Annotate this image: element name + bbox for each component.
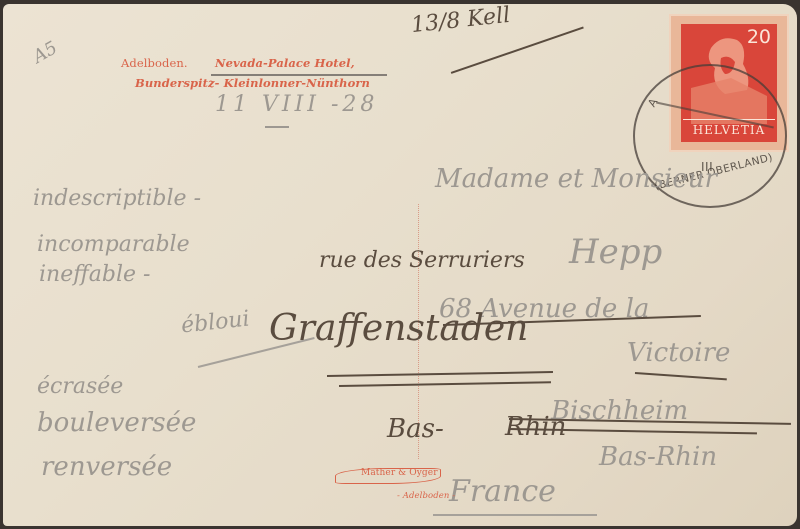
- address-name: Hepp: [569, 232, 662, 272]
- date-underline: [265, 126, 289, 128]
- pencil-date: 11 VIII -28: [215, 92, 378, 117]
- ink-flourish: [451, 26, 584, 73]
- printed-hotel: Nevada-Palace Hotel,: [215, 56, 355, 70]
- pencil-word-5: écrasée: [37, 374, 123, 399]
- address-region-prefix: Bas-: [387, 414, 444, 444]
- printed-peaks: Bunderspitz- Kleinlonner-Nünthorn: [135, 76, 370, 90]
- pencil-word-3: ineffable -: [39, 262, 151, 287]
- imprint-line-2: - Adelboden -: [397, 491, 455, 501]
- printed-place: Adelboden.: [121, 56, 188, 70]
- old-street-2-strikethrough: [635, 372, 727, 380]
- address-street: rue des Serruriers: [319, 248, 525, 273]
- address-region-pencil: Bas-Rhin: [599, 442, 717, 472]
- address-recipient: Madame et Monsieur: [435, 164, 717, 194]
- town-strikethrough-2: [339, 381, 551, 386]
- pencil-word-2: incomparable: [37, 232, 190, 257]
- pencil-word-4: ébloui: [180, 306, 251, 338]
- imprint-line-1: Mather & Oyger: [361, 468, 438, 478]
- address-old-street-2: Victoire: [627, 338, 730, 368]
- pencil-word-7: renversée: [41, 452, 172, 482]
- address-town: Graffenstaden: [269, 308, 528, 349]
- address-country: France: [449, 474, 556, 509]
- pencil-word-1: indescriptible -: [33, 186, 201, 211]
- town-strikethrough-1: [327, 371, 553, 376]
- ink-note-top: 13/8 Kell: [410, 4, 511, 38]
- postcard-back: A5 Adelboden. Nevada-Palace Hotel, Bunde…: [3, 4, 797, 526]
- country-underline: [433, 514, 597, 516]
- pencil-word-6: bouleversée: [37, 408, 196, 438]
- corner-mark: A5: [29, 37, 61, 67]
